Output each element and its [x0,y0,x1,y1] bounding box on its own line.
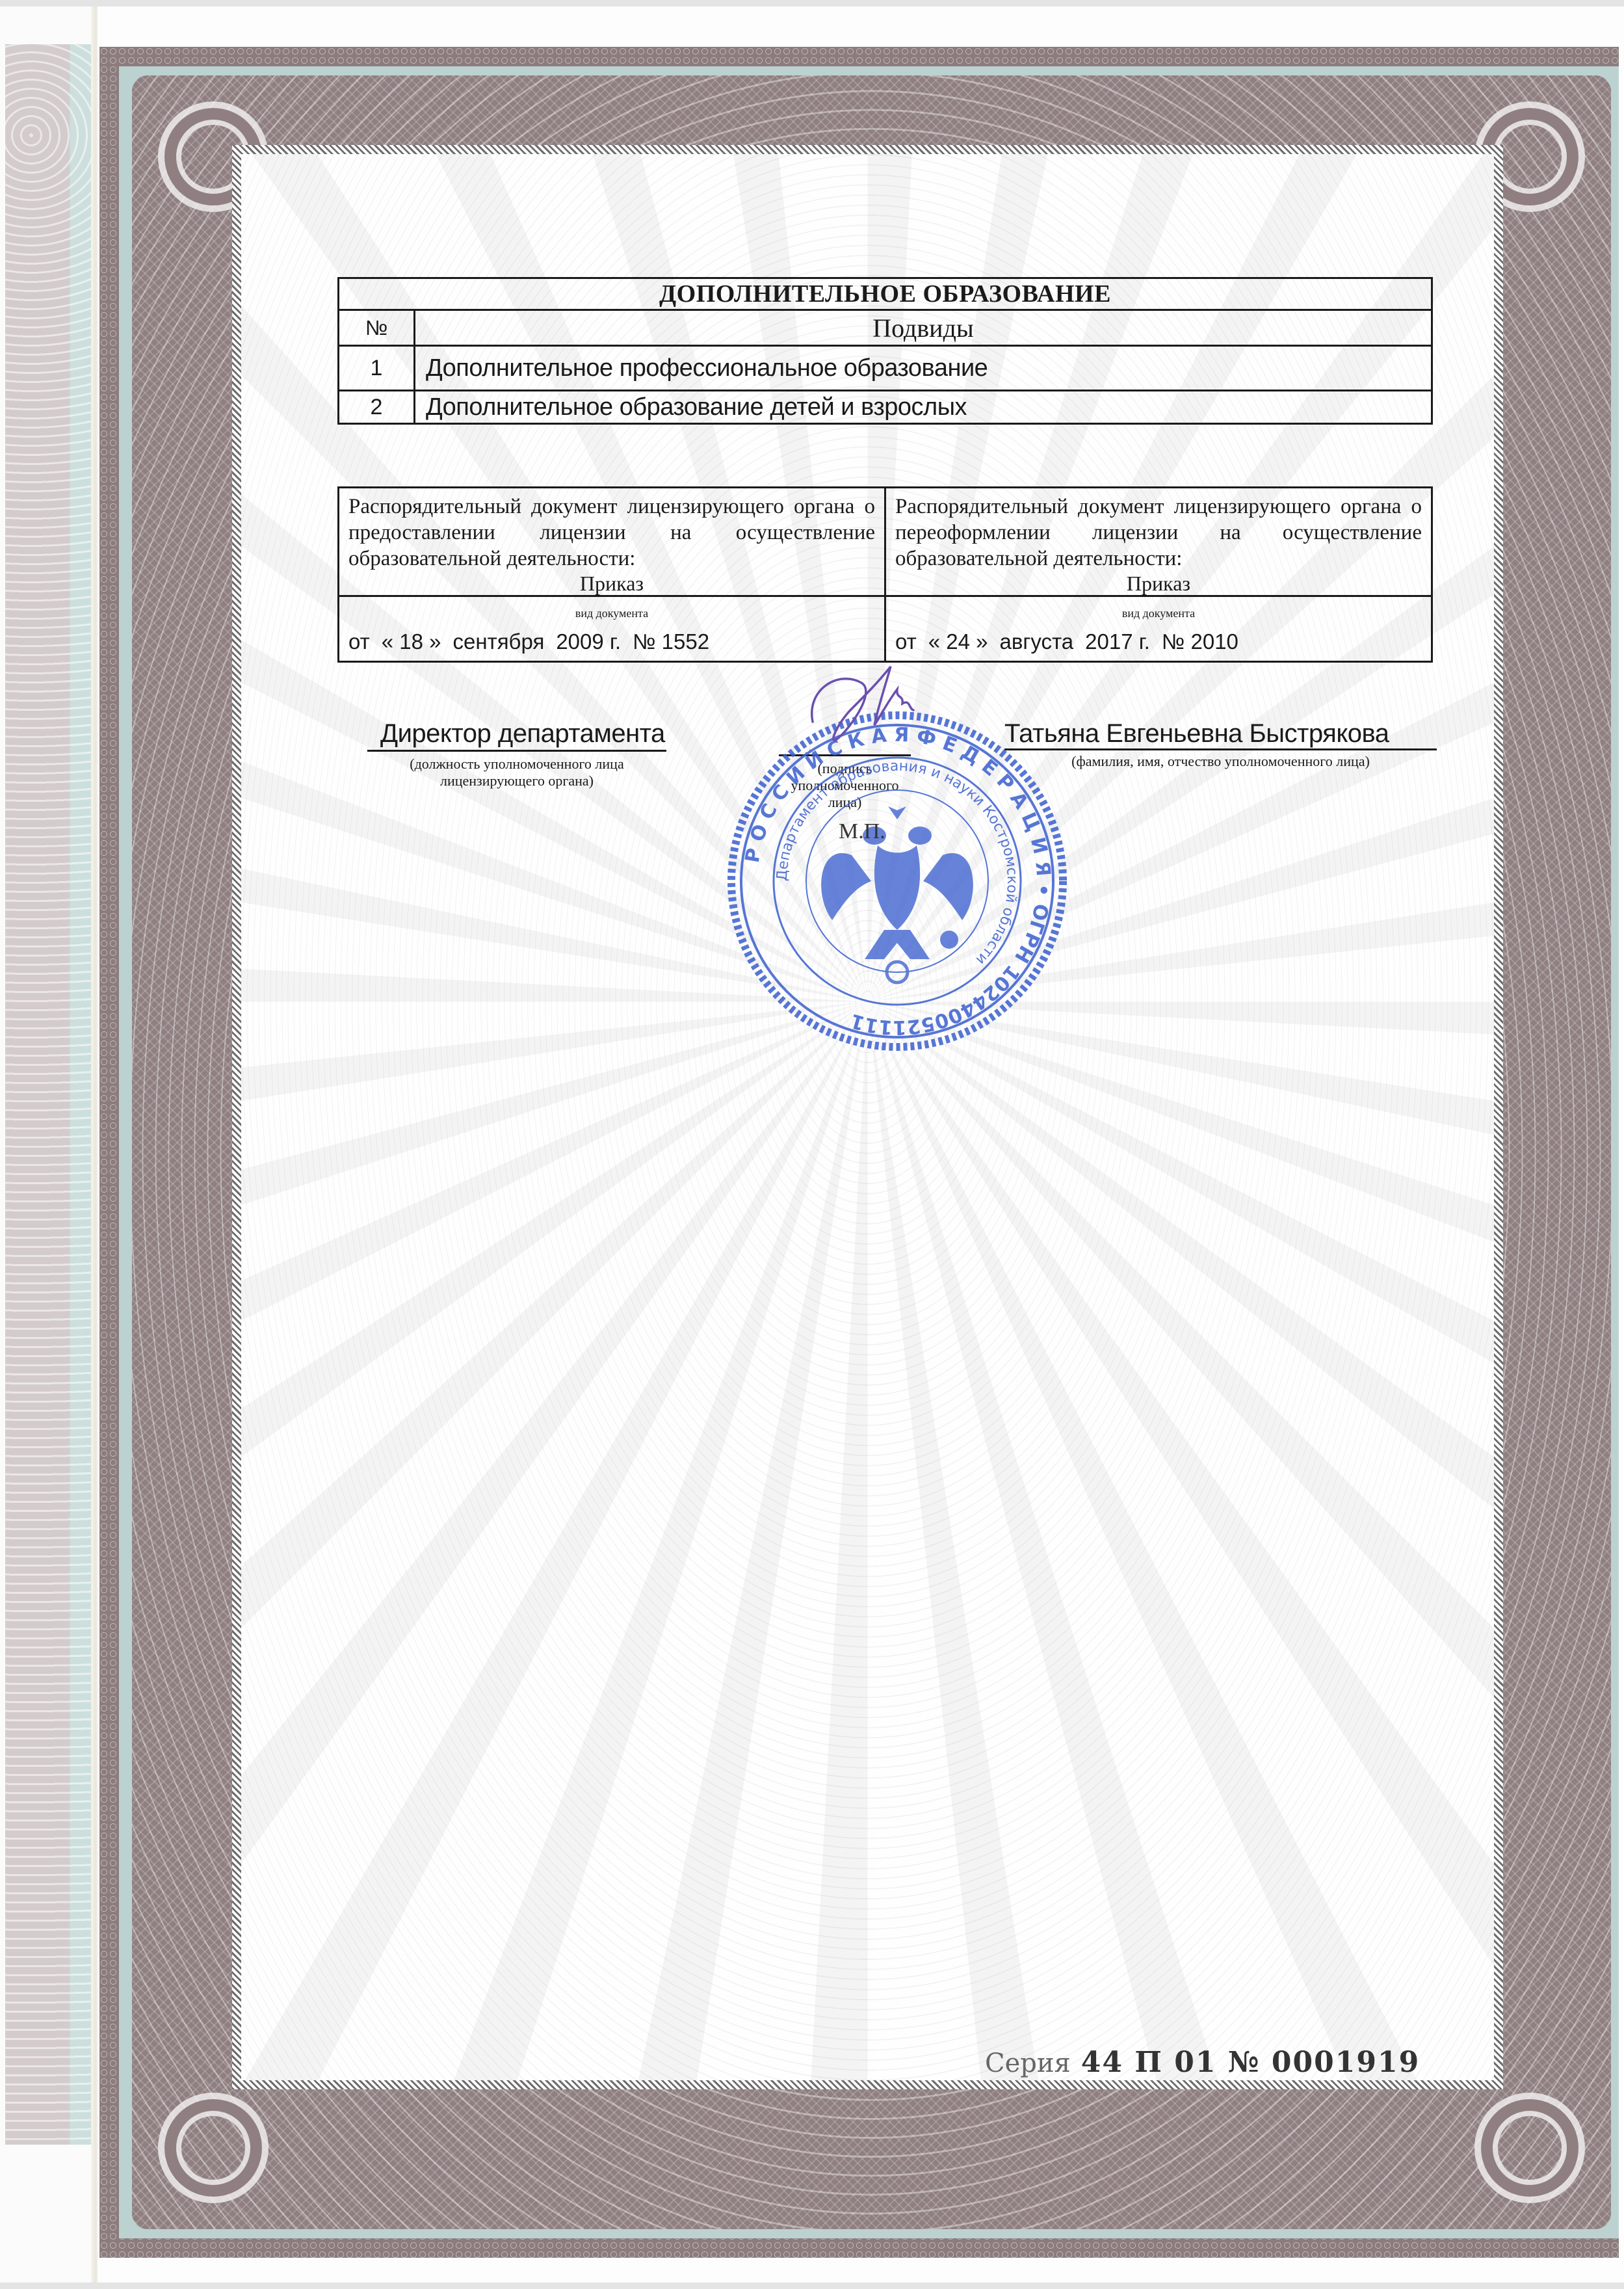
seal-mark: М.П. [839,819,885,844]
grant-order-cell: Распорядительный документ лицензирующего… [339,488,885,596]
serial-label: Серия [985,2048,1071,2078]
row-subtype: Дополнительное профессиональное образова… [415,346,1432,391]
column-header-subtypes: Подвиды [415,310,1432,346]
serial-value: 44 П 01 № 0001919 [1081,2046,1420,2079]
date-year: 2017 г. [1085,629,1150,654]
row-number: 1 [339,346,415,391]
serial-number: Серия44 П 01 № 0001919 [985,2046,1420,2079]
order-number: № 2010 [1162,629,1238,654]
position-label: (должность уполномоченного лица лицензир… [367,756,666,789]
order-number: № 1552 [633,629,709,654]
section-title: ДОПОЛНИТЕЛЬНОЕ ОБРАЗОВАНИЕ [339,278,1432,310]
signatory-position: Директор департамента (должность уполном… [367,719,666,789]
date-prefix: от [348,629,370,654]
doc-kind-label: вид документа [348,607,875,620]
row-number: 2 [339,391,415,424]
date-month: сентября [453,629,545,654]
official-stamp-icon: Р О С С И Й С К А Я Ф Е Д Е Р А Ц И Я • … [722,706,1073,1057]
date-day: « 24 » [928,629,988,654]
doc-kind-label: вид документа [895,607,1422,620]
date-year: 2009 г. [556,629,621,654]
date-month: августа [1000,629,1074,654]
subtypes-table: ДОПОЛНИТЕЛЬНОЕ ОБРАЗОВАНИЕ № Подвиды 1 Д… [337,277,1433,425]
row-subtype: Дополнительное образование детей и взрос… [415,391,1432,424]
position-value: Директор департамента [367,719,666,752]
table-row: 2 Дополнительное образование детей и взр… [339,391,1432,424]
reissue-order-kind: Приказ [895,572,1422,595]
column-header-number: № [339,310,415,346]
table-row: 1 Дополнительное профессиональное образо… [339,346,1432,391]
date-day: « 18 » [382,629,441,654]
reissue-order-description: Распорядительный документ лицензирующего… [895,494,1422,572]
handwritten-signature-icon [800,663,936,748]
grant-order-date: вид документа от« 18 »сентября2009 г.№ 1… [339,596,885,662]
date-prefix: от [895,629,917,654]
grant-order-kind: Приказ [348,572,875,595]
reissue-order-cell: Распорядительный документ лицензирующего… [885,488,1432,596]
orders-table: Распорядительный документ лицензирующего… [337,486,1433,663]
grant-order-description: Распорядительный документ лицензирующего… [348,494,875,572]
reissue-order-date: вид документа от« 24 »августа2017 г.№ 20… [885,596,1432,662]
